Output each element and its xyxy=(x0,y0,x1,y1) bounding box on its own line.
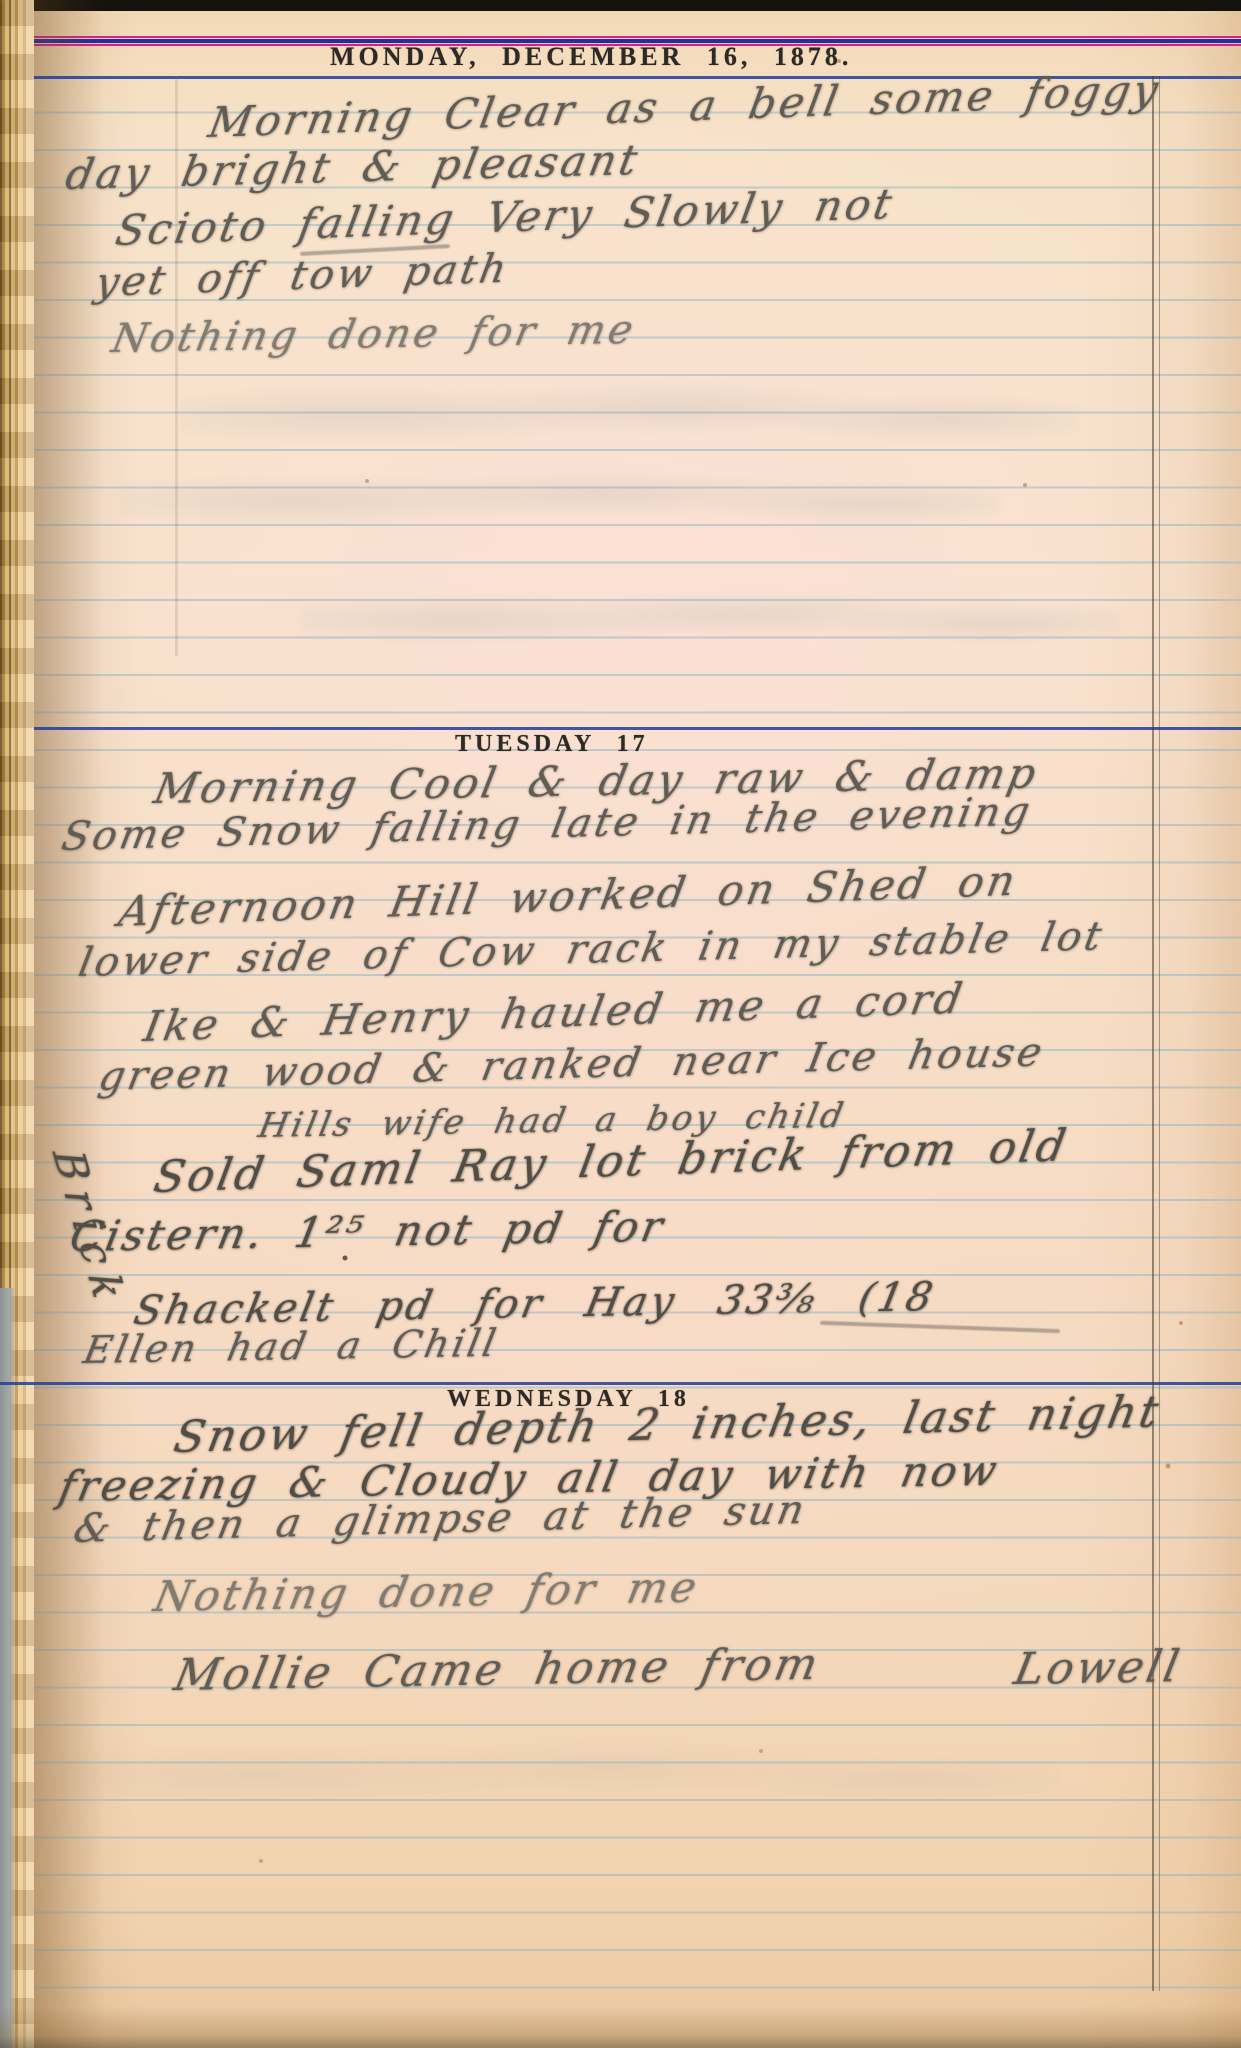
section-rule-wednesday xyxy=(0,1382,1241,1385)
diary-line: Nothing done for me xyxy=(150,1563,704,1621)
diary-line: Lowell xyxy=(1010,1641,1186,1695)
scan-edge-bottom-left xyxy=(0,1288,16,2048)
paper-speckles xyxy=(0,0,2,2)
diary-page: MONDAY, DECEMBER 16, 1878. TUESDAY 17 WE… xyxy=(0,0,1241,2048)
diary-line: Nothing done for me xyxy=(108,307,640,362)
printed-date-header-tuesday: TUESDAY 17 xyxy=(455,731,649,758)
right-margin-line xyxy=(1152,76,1160,1991)
printed-date-header-monday: MONDAY, DECEMBER 16, 1878. xyxy=(330,42,852,72)
section-rule-tuesday xyxy=(34,727,1241,730)
diary-line: Ellen had a Chill xyxy=(80,1321,502,1372)
bleed-through-smudge xyxy=(120,470,1000,530)
page-bottom-shadow xyxy=(0,2006,1241,2048)
scan-edge-top xyxy=(0,0,1241,11)
bleed-through-smudge xyxy=(300,590,1120,650)
bleed-through-smudge xyxy=(180,380,1080,450)
bleed-through-smudge xyxy=(60,1740,1060,1810)
